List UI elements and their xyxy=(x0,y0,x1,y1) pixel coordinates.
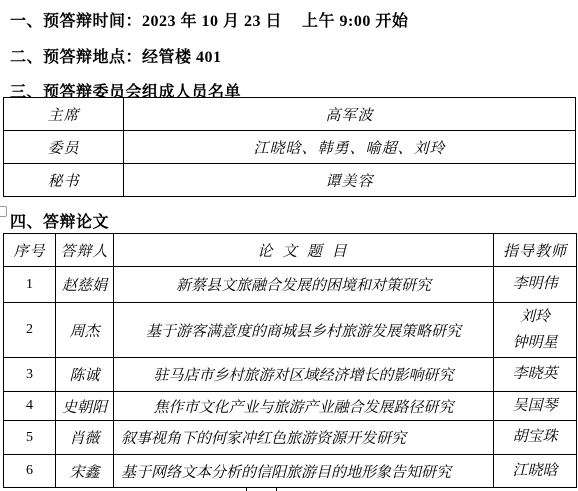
table-row: 3 陈诚 驻马店市乡村旅游对区域经济增长的影响研究 李晓英 xyxy=(4,358,577,392)
section-2-label: 二、预答辩地点： xyxy=(10,49,142,66)
thesis-no: 5 xyxy=(4,421,56,455)
col-header-student: 答辩人 xyxy=(56,234,114,267)
table-row: 6 宋鑫 基于网络文本分析的信阳旅游目的地形象告知研究 江晓晗 xyxy=(4,455,577,488)
section-4-heading: 四、答辩论文 xyxy=(10,209,109,232)
thesis-advisor: 江晓晗 xyxy=(494,455,577,488)
section-1-label: 一、预答辩时间： xyxy=(10,13,142,30)
thesis-title: 焦作市文化产业与旅游产业融合发展路径研究 xyxy=(114,392,494,421)
section-1-heading: 一、预答辩时间：2023 年 10 月 23 日上午 9:00 开始 xyxy=(10,8,408,31)
thesis-advisor: 刘玲 钟明星 xyxy=(494,303,577,358)
thesis-title: 新蔡县文旅融合发展的困境和对策研究 xyxy=(114,267,494,303)
thesis-title: 基于游客满意度的商城县乡村旅游发展策略研究 xyxy=(114,303,494,358)
thesis-student: 宋鑫 xyxy=(56,455,114,488)
section-1-date: 2023 年 10 月 23 日 xyxy=(142,13,282,30)
table-row: 秘书 谭美容 xyxy=(4,164,576,197)
thesis-advisor: 吴国琴 xyxy=(494,392,577,421)
thesis-advisor: 李晓英 xyxy=(494,358,577,392)
section-1-time: 上午 9:00 开始 xyxy=(302,13,408,30)
thesis-no: 2 xyxy=(4,303,56,358)
thesis-student: 肖薇 xyxy=(56,421,114,455)
section-2-heading: 二、预答辩地点：经管楼 401 xyxy=(10,44,222,67)
thesis-student: 陈诚 xyxy=(56,358,114,392)
thesis-no: 3 xyxy=(4,358,56,392)
table-row: 5 肖薇 叙事视角下的何家冲红色旅游资源开发研究 胡宝珠 xyxy=(4,421,577,455)
thesis-no: 4 xyxy=(4,392,56,421)
thesis-table: 序号 答辩人 论 文 题 目 指导教师 1 赵慈娟 新蔡县文旅融合发展的困境和对… xyxy=(3,233,577,488)
committee-role: 主席 xyxy=(4,98,124,131)
table-header-row: 序号 答辩人 论 文 题 目 指导教师 xyxy=(4,234,577,267)
thesis-advisor: 胡宝珠 xyxy=(494,421,577,455)
committee-role: 秘书 xyxy=(4,164,124,197)
thesis-student: 周杰 xyxy=(56,303,114,358)
thesis-title: 驻马店市乡村旅游对区域经济增长的影响研究 xyxy=(114,358,494,392)
table-row: 1 赵慈娟 新蔡县文旅融合发展的困境和对策研究 李明伟 xyxy=(4,267,577,303)
section-4-label: 四、答辩论文 xyxy=(10,214,109,231)
col-header-advisor: 指导教师 xyxy=(494,234,577,267)
thesis-no: 1 xyxy=(4,267,56,303)
committee-table: 主席 高军波 委员 江晓晗、韩勇、喻超、刘玲 秘书 谭美容 xyxy=(3,97,576,197)
thesis-title: 叙事视角下的何家冲红色旅游资源开发研究 xyxy=(114,421,494,455)
committee-members: 谭美容 xyxy=(124,164,576,197)
section-2-location: 经管楼 401 xyxy=(142,49,222,66)
table-row: 主席 高军波 xyxy=(4,98,576,131)
table-row: 2 周杰 基于游客满意度的商城县乡村旅游发展策略研究 刘玲 钟明星 xyxy=(4,303,577,358)
thesis-student: 史朝阳 xyxy=(56,392,114,421)
committee-members: 高军波 xyxy=(124,98,576,131)
thesis-advisor: 李明伟 xyxy=(494,267,577,303)
col-header-no: 序号 xyxy=(4,234,56,267)
col-header-title: 论 文 题 目 xyxy=(114,234,494,267)
thesis-student: 赵慈娟 xyxy=(56,267,114,303)
document-page: 一、预答辩时间：2023 年 10 月 23 日上午 9:00 开始 二、预答辩… xyxy=(0,0,578,491)
committee-role: 委员 xyxy=(4,131,124,164)
table-row: 委员 江晓晗、韩勇、喻超、刘玲 xyxy=(4,131,576,164)
outline-collapse-marker[interactable] xyxy=(0,206,7,217)
committee-members: 江晓晗、韩勇、喻超、刘玲 xyxy=(124,131,576,164)
table-row: 4 史朝阳 焦作市文化产业与旅游产业融合发展路径研究 吴国琴 xyxy=(4,392,577,421)
thesis-title: 基于网络文本分析的信阳旅游目的地形象告知研究 xyxy=(114,455,494,488)
thesis-no: 6 xyxy=(4,455,56,488)
